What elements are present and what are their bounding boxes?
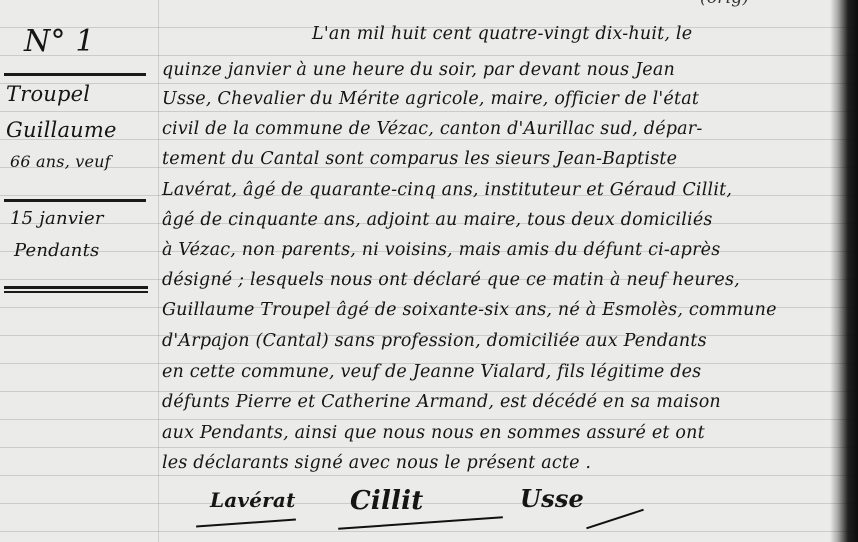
body-line: L'an mil huit cent quatre-vingt dix-huit… <box>312 24 692 44</box>
body-line: les déclarants signé avec nous le présen… <box>162 453 591 473</box>
previous-entry-fragment: (orig) <box>700 0 749 8</box>
body-line: désigné ; lesquels nous ont déclaré que … <box>162 270 740 290</box>
signature-cillit: Cillit <box>350 486 423 516</box>
body-line: d'Arpajon (Cantal) sans profession, domi… <box>162 331 707 351</box>
record-number: N° 1 <box>24 24 95 59</box>
margin-divider <box>4 199 146 202</box>
signature-laverat: Lavérat <box>210 488 296 512</box>
death-place: Pendants <box>14 240 99 261</box>
body-line: Guillaume Troupel âgé de soixante-six an… <box>162 300 777 320</box>
body-line: tement du Cantal sont comparus les sieur… <box>162 149 677 169</box>
signature-usse: Usse <box>520 484 584 513</box>
body-line: en cette commune, veuf de Jeanne Vialard… <box>162 362 701 382</box>
body-line: défunts Pierre et Catherine Armand, est … <box>162 392 721 412</box>
body-line: quinze janvier à une heure du soir, par … <box>162 60 675 80</box>
margin-rule <box>158 0 159 542</box>
body-line: aux Pendants, ainsi que nous nous en som… <box>162 423 705 443</box>
body-line: civil de la commune de Vézac, canton d'A… <box>162 119 702 139</box>
signature-flourish <box>196 519 296 528</box>
deceased-surname: Troupel <box>6 82 90 106</box>
death-date: 15 janvier <box>10 208 104 229</box>
age-status: 66 ans, veuf <box>10 152 111 171</box>
body-line: âgé de cinquante ans, adjoint au maire, … <box>162 210 713 230</box>
body-line: à Vézac, non parents, ni voisins, mais a… <box>162 240 720 260</box>
body-line: Lavérat, âgé de quarante-cinq ans, insti… <box>162 180 732 200</box>
signature-flourish <box>338 516 503 529</box>
margin-double-divider <box>4 286 148 293</box>
deceased-given-name: Guillaume <box>6 118 117 142</box>
signature-flourish <box>586 509 644 529</box>
register-page: (orig) N° 1 Troupel Guillaume 66 ans, ve… <box>0 0 858 542</box>
body-line: Usse, Chevalier du Mérite agricole, mair… <box>162 89 699 109</box>
margin-divider <box>4 73 146 76</box>
